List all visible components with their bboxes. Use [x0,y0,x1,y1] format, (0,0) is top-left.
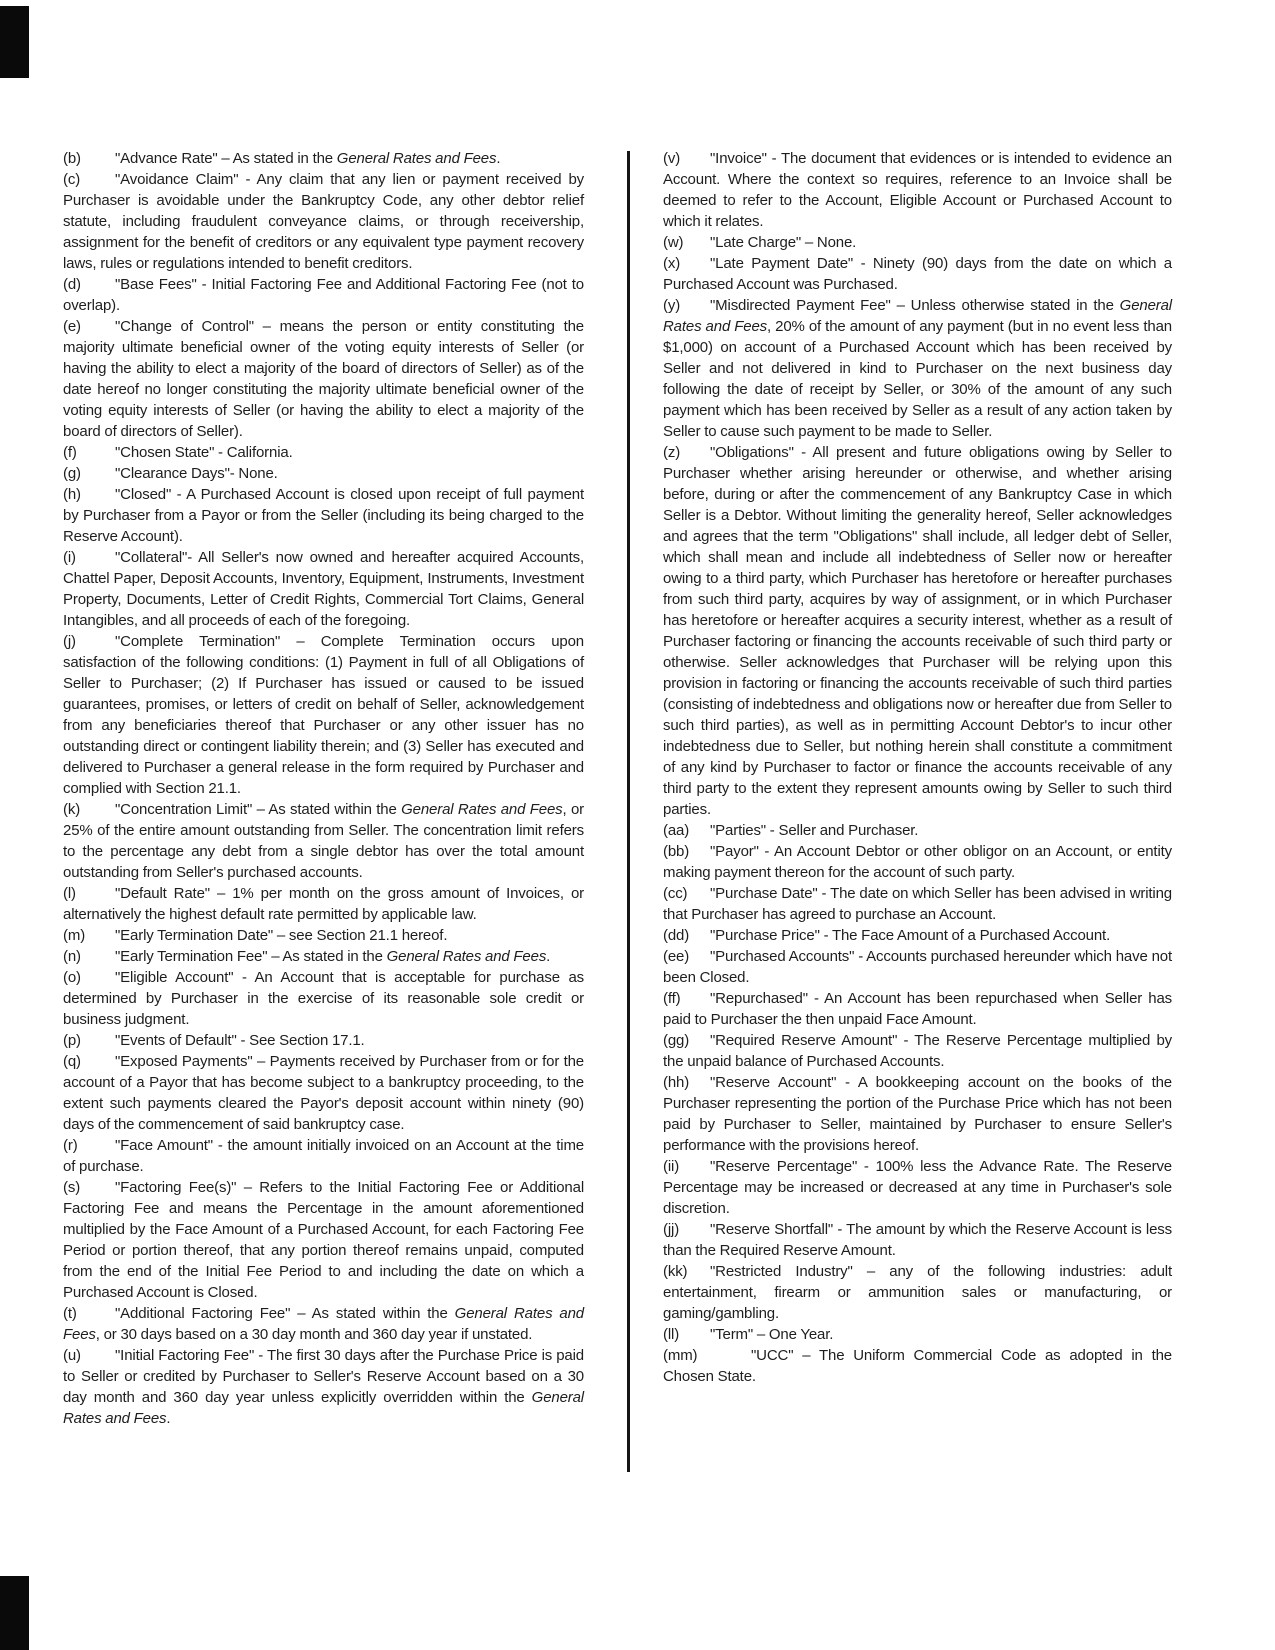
definition-text: "Purchase Date" - The date on which Sell… [663,885,1172,923]
definition-label: (kk) [663,1261,710,1282]
definition-text: "Clearance Days"- None. [115,465,278,482]
definition-label: (w) [663,232,710,253]
definition-text: "Base Fees" - Initial Factoring Fee and … [63,276,584,314]
definition-item: (aa)"Parties" - Seller and Purchaser. [663,820,1172,841]
definition-text: "Required Reserve Amount" - The Reserve … [663,1032,1172,1070]
definition-label: (k) [63,799,115,820]
definition-text: "Closed" - A Purchased Account is closed… [63,486,584,545]
definition-text: "Additional Factoring Fee" – As stated w… [115,1305,455,1322]
definition-item: (kk)"Restricted Industry" – any of the f… [663,1261,1172,1324]
definition-label: (ll) [663,1324,710,1345]
definition-text: "Repurchased" - An Account has been repu… [663,990,1172,1028]
definition-text: "Face Amount" - the amount initially inv… [63,1137,584,1175]
definition-label: (gg) [663,1030,710,1051]
definition-text: "Obligations" - All present and future o… [663,444,1172,818]
definition-item: (hh)"Reserve Account" - A bookkeeping ac… [663,1072,1172,1156]
definition-label: (r) [63,1135,115,1156]
definition-text: "Change of Control" – means the person o… [63,318,584,440]
definition-label: (x) [663,253,710,274]
definition-item: (l)"Default Rate" – 1% per month on the … [63,883,584,925]
definition-text: "Initial Factoring Fee" - The first 30 d… [63,1347,584,1406]
definitions-column-left: (b)"Advance Rate" – As stated in the Gen… [63,148,584,1429]
definition-item: (dd)"Purchase Price" - The Face Amount o… [663,925,1172,946]
definition-label: (u) [63,1345,115,1366]
definition-label: (ee) [663,946,710,967]
definition-item: (s)"Factoring Fee(s)" – Refers to the In… [63,1177,584,1303]
definition-text: "Complete Termination" – Complete Termin… [63,633,584,797]
definition-item: (f)"Chosen State" - California. [63,442,584,463]
definition-item: (jj)"Reserve Shortfall" - The amount by … [663,1219,1172,1261]
definition-label: (n) [63,946,115,967]
definition-text: "Parties" - Seller and Purchaser. [710,822,918,839]
definition-label: (p) [63,1030,115,1051]
definition-item: (z)"Obligations" - All present and futur… [663,442,1172,820]
definition-item: (y)"Misdirected Payment Fee" – Unless ot… [663,295,1172,442]
definition-label: (h) [63,484,115,505]
definition-label: (l) [63,883,115,904]
definition-label: (m) [63,925,115,946]
definition-label: (v) [663,148,710,169]
definition-text: "Reserve Percentage" - 100% less the Adv… [663,1158,1172,1217]
definition-text: "Misdirected Payment Fee" – Unless other… [710,297,1120,314]
definition-item: (j)"Complete Termination" – Complete Ter… [63,631,584,799]
definition-label: (s) [63,1177,115,1198]
definition-text: "Concentration Limit" – As stated within… [115,801,401,818]
definition-item: (h)"Closed" - A Purchased Account is clo… [63,484,584,547]
definition-item: (m)"Early Termination Date" – see Sectio… [63,925,584,946]
definition-text: "Early Termination Fee" – As stated in t… [115,948,387,965]
definition-label: (aa) [663,820,710,841]
definition-label: (ii) [663,1156,710,1177]
definition-item: (g)"Clearance Days"- None. [63,463,584,484]
definition-label: (b) [63,148,115,169]
document-page: (b)"Advance Rate" – As stated in the Gen… [0,0,1275,1650]
definition-text: "Restricted Industry" – any of the follo… [663,1263,1172,1322]
definition-text: "Purchase Price" - The Face Amount of a … [710,927,1110,944]
definition-item: (q)"Exposed Payments" – Payments receive… [63,1051,584,1135]
column-divider [627,151,630,1472]
definition-text: , 20% of the amount of any payment (but … [663,318,1172,440]
definition-label: (i) [63,547,115,568]
definition-text: "Invoice" - The document that evidences … [663,150,1172,230]
definition-label: (j) [63,631,115,652]
definition-label: (hh) [663,1072,710,1093]
definition-item: (r)"Face Amount" - the amount initially … [63,1135,584,1177]
definition-item: (cc)"Purchase Date" - The date on which … [663,883,1172,925]
definition-item: (k)"Concentration Limit" – As stated wit… [63,799,584,883]
definition-label: (c) [63,169,115,190]
definition-label: (bb) [663,841,710,862]
definition-item: (ll)"Term" – One Year. [663,1324,1172,1345]
definition-text: "Purchased Accounts" - Accounts purchase… [663,948,1172,986]
definition-item: (p)"Events of Default" - See Section 17.… [63,1030,584,1051]
definition-text: , or 30 days based on a 30 day month and… [96,1326,533,1343]
definition-item: (x)"Late Payment Date" - Ninety (90) day… [663,253,1172,295]
definition-item: (bb)"Payor" - An Account Debtor or other… [663,841,1172,883]
definition-item: (n)"Early Termination Fee" – As stated i… [63,946,584,967]
definition-text: "Events of Default" - See Section 17.1. [115,1032,365,1049]
definition-text: "Advance Rate" – As stated in the [115,150,337,167]
definition-label: (o) [63,967,115,988]
definition-label: (z) [663,442,710,463]
definition-item: (ee)"Purchased Accounts" - Accounts purc… [663,946,1172,988]
definition-item: (mm)"UCC" – The Uniform Commercial Code … [663,1345,1172,1387]
definition-text: "Early Termination Date" – see Section 2… [115,927,447,944]
definition-label: (f) [63,442,115,463]
definition-item: (ii)"Reserve Percentage" - 100% less the… [663,1156,1172,1219]
definition-text: "Exposed Payments" – Payments received b… [63,1053,584,1133]
definition-text: "Avoidance Claim" - Any claim that any l… [63,171,584,272]
definition-item: (gg)"Required Reserve Amount" - The Rese… [663,1030,1172,1072]
definition-text-italic: General Rates and Fees [337,150,497,167]
definition-label: (ff) [663,988,710,1009]
definition-label: (g) [63,463,115,484]
definition-label: (jj) [663,1219,710,1240]
definition-text: "Factoring Fee(s)" – Refers to the Initi… [63,1179,584,1301]
definition-text: "Payor" - An Account Debtor or other obl… [663,843,1172,881]
definition-text: . [166,1410,170,1427]
definition-label: (q) [63,1051,115,1072]
definitions-column-right: (v)"Invoice" - The document that evidenc… [663,148,1172,1387]
definition-label: (cc) [663,883,710,904]
definition-text: "Default Rate" – 1% per month on the gro… [63,885,584,923]
definition-item: (v)"Invoice" - The document that evidenc… [663,148,1172,232]
definition-label: (e) [63,316,115,337]
definition-label: (mm) [663,1345,751,1366]
definition-text: . [546,948,550,965]
definition-text: "Reserve Account" - A bookkeeping accoun… [663,1074,1172,1154]
definition-item: (ff)"Repurchased" - An Account has been … [663,988,1172,1030]
definition-item: (b)"Advance Rate" – As stated in the Gen… [63,148,584,169]
definition-label: (t) [63,1303,115,1324]
definition-text: "Collateral"- All Seller's now owned and… [63,549,584,629]
definition-text: "Chosen State" - California. [115,444,293,461]
definition-text: "Late Charge" – None. [710,234,856,251]
definition-item: (t)"Additional Factoring Fee" – As state… [63,1303,584,1345]
definition-text: "Late Payment Date" - Ninety (90) days f… [663,255,1172,293]
definition-item: (c)"Avoidance Claim" - Any claim that an… [63,169,584,274]
definition-text: . [496,150,500,167]
definition-item: (i)"Collateral"- All Seller's now owned … [63,547,584,631]
definition-label: (d) [63,274,115,295]
definition-item: (w)"Late Charge" – None. [663,232,1172,253]
definition-item: (o)"Eligible Account" - An Account that … [63,967,584,1030]
definition-item: (d)"Base Fees" - Initial Factoring Fee a… [63,274,584,316]
scan-artifact-bottom-left [0,1576,29,1650]
definition-text: "Term" – One Year. [710,1326,833,1343]
definition-text-italic: General Rates and Fees [387,948,547,965]
definition-item: (e)"Change of Control" – means the perso… [63,316,584,442]
definition-label: (dd) [663,925,710,946]
scan-artifact-top-left [0,6,29,78]
definition-item: (u)"Initial Factoring Fee" - The first 3… [63,1345,584,1429]
definition-text: "Eligible Account" - An Account that is … [63,969,584,1028]
definition-label: (y) [663,295,710,316]
definition-text: "Reserve Shortfall" - The amount by whic… [663,1221,1172,1259]
definition-text-italic: General Rates and Fees [401,801,562,818]
